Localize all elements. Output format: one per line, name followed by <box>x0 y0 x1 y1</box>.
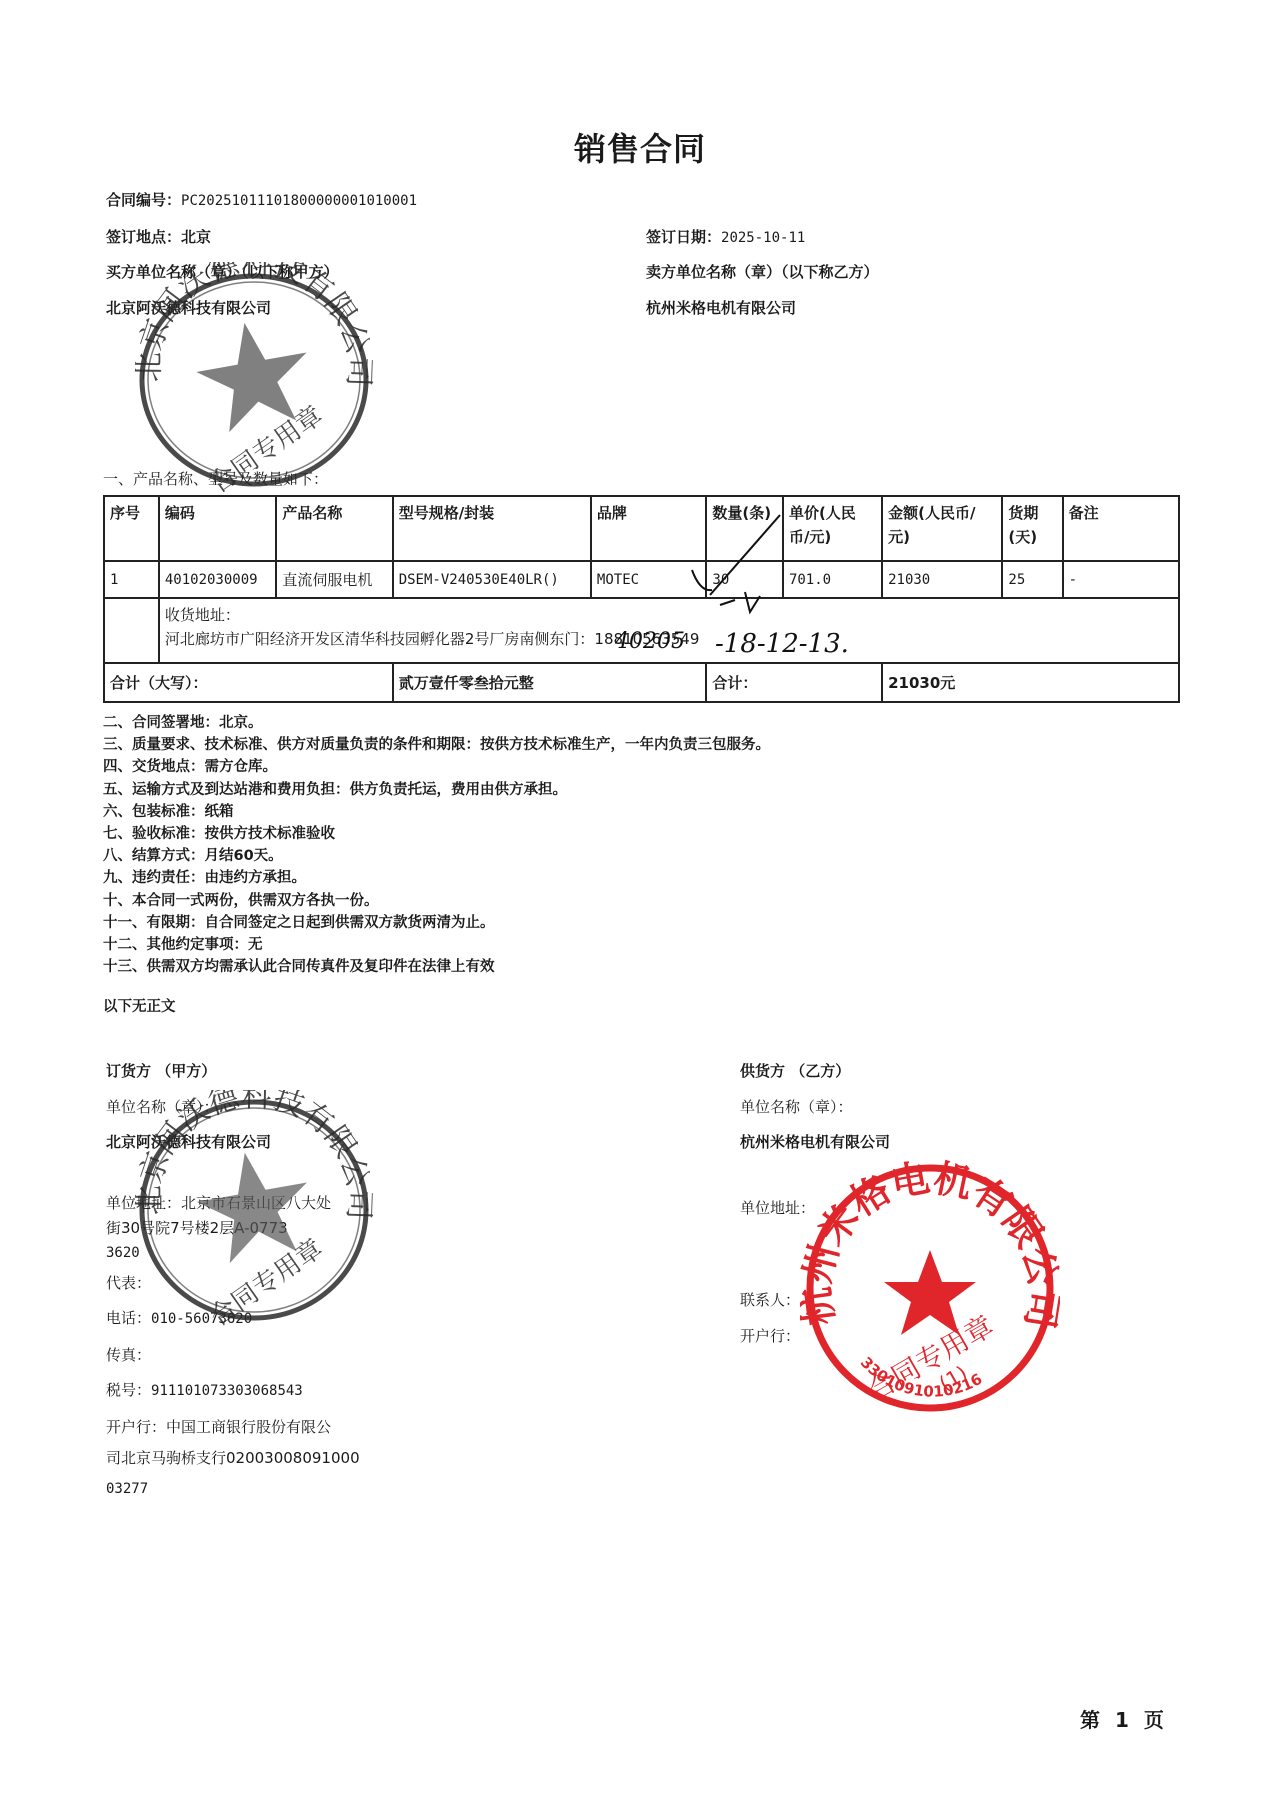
total-upper-label: 合计（大写）： <box>104 663 393 702</box>
seller-seal-code: 3301091010216 <box>857 1353 985 1400</box>
buyer-phone: 电话：010-56073620 <box>106 1301 360 1338</box>
seller-party-block: 供货方 （乙方） 单位名称（章）： 杭州米格电机有限公司 单位地址： 联系人： … <box>740 1054 890 1354</box>
term-item: 八、结算方式：月结60天。 <box>103 845 770 867</box>
buyer-bank-line3: 03277 <box>106 1477 360 1502</box>
header-product-name: 产品名称 <box>276 496 392 561</box>
sign-place-value: 北京 <box>181 228 211 246</box>
sign-date-label: 签订日期： <box>646 228 721 246</box>
buyer-address-label: 单位地址： <box>106 1194 181 1212</box>
term-item: 十二、其他约定事项：无 <box>103 934 770 956</box>
seller-bank-label: 开户行： <box>740 1319 890 1355</box>
header-unit-price: 单价(人民币/元) <box>783 496 882 561</box>
header-model: 型号规格/封装 <box>393 496 591 561</box>
buyer-name: 北京阿沃德科技有限公司 <box>106 297 271 318</box>
buyer-unit-name-label: 单位名称（章）： <box>106 1090 360 1126</box>
terms-list: 二、合同签署地：北京。 三、质量要求、技术标准、供方对质量负责的条件和期限：按供… <box>103 712 770 1019</box>
sign-place-label: 签订地点： <box>106 228 181 246</box>
header-remark: 备注 <box>1063 496 1179 561</box>
header-qty: 数量(条) <box>706 496 783 561</box>
header-seq: 序号 <box>104 496 159 561</box>
seller-address-label: 单位地址： <box>740 1191 890 1227</box>
term-item: 五、运输方式及到达站港和费用负担：供方负责托运，费用由供方承担。 <box>103 779 770 801</box>
cell-seq: 1 <box>104 561 159 598</box>
cell-qty: 30 <box>706 561 783 598</box>
cell-lead-time: 25 <box>1002 561 1062 598</box>
buyer-address-line1: 北京市石景山区八大处 <box>181 1194 331 1212</box>
buyer-label: 买方单位名称（章）（以下称甲方） <box>106 261 339 282</box>
header-code: 编码 <box>159 496 276 561</box>
cell-remark: - <box>1063 561 1179 598</box>
seller-unit-name-label: 单位名称（章）： <box>740 1090 890 1126</box>
buyer-party-block: 订货方 （甲方） 单位名称（章）： 北京阿沃德科技有限公司 单位地址：北京市石景… <box>106 1054 360 1502</box>
buyer-address: 单位地址：北京市石景山区八大处 街30号院7号楼2层A-0773 3620 <box>106 1191 360 1266</box>
page-number: 第 1 页 <box>1080 1704 1168 1733</box>
seller-seal-sub2: (1) <box>935 1361 972 1396</box>
address-row: 收货地址： 河北廊坊市广阳经济开发区清华科技园孵化器2号厂房南侧东门：18810… <box>104 598 1179 663</box>
contract-number-value: PC20251011101800000001010001 <box>181 193 417 209</box>
table-header-row: 序号 编码 产品名称 型号规格/封装 品牌 数量(条) 单价(人民币/元) 金额… <box>104 496 1179 561</box>
term-item: 二、合同签署地：北京。 <box>103 712 770 734</box>
document-title: 销售合同 <box>0 124 1280 170</box>
address-value: 河北廊坊市广阳经济开发区清华科技园孵化器2号厂房南侧东门：18810563549 <box>165 627 1173 651</box>
buyer-address-line2: 街30号院7号楼2层A-0773 <box>106 1216 360 1241</box>
total-upper-value: 贰万壹仟零叁拾元整 <box>393 663 707 702</box>
cell-code: 40102030009 <box>159 561 276 598</box>
seller-label: 卖方单位名称（章）（以下称乙方） <box>646 261 879 282</box>
buyer-bank-line2: 司北京马驹桥支行02003008091000 <box>106 1446 360 1471</box>
cell-amount: 21030 <box>882 561 1002 598</box>
term-item: 十、本合同一式两份，供需双方各执一份。 <box>103 890 770 912</box>
term-item: 三、质量要求、技术标准、供方对质量负责的条件和期限：按供方技术标准生产，一年内负… <box>103 734 770 756</box>
contract-number: 合同编号：PC20251011101800000001010001 <box>106 189 417 210</box>
sign-date-value: 2025-10-11 <box>721 230 805 246</box>
buyer-unit-name: 北京阿沃德科技有限公司 <box>106 1125 360 1161</box>
address-cell: 收货地址： 河北廊坊市广阳经济开发区清华科技园孵化器2号厂房南侧东门：18810… <box>159 598 1179 663</box>
buyer-bank-line1: 中国工商银行股份有限公 <box>166 1418 331 1436</box>
term-item: 四、交货地点：需方仓库。 <box>103 756 770 778</box>
cell-model: DSEM-V240530E40LR() <box>393 561 591 598</box>
total-value: 21030元 <box>882 663 1179 702</box>
sign-date: 签订日期：2025-10-11 <box>646 226 805 247</box>
header-lead-time: 货期(天) <box>1002 496 1062 561</box>
cell-brand: MOTEC <box>591 561 707 598</box>
buyer-bank-label: 开户行： <box>106 1418 166 1436</box>
buyer-tax: 税号：911101073303068543 <box>106 1373 360 1410</box>
items-table: 序号 编码 产品名称 型号规格/封装 品牌 数量(条) 单价(人民币/元) 金额… <box>103 495 1180 703</box>
header-amount: 金额(人民币/元) <box>882 496 1002 561</box>
cell-unit-price: 701.0 <box>783 561 882 598</box>
header-brand: 品牌 <box>591 496 707 561</box>
svg-text:3301091010216: 3301091010216 <box>857 1353 985 1400</box>
total-label: 合计： <box>706 663 882 702</box>
total-row: 合计（大写）： 贰万壹仟零叁拾元整 合计： 21030元 <box>104 663 1179 702</box>
term-item: 七、验收标准：按供方技术标准验收 <box>103 823 770 845</box>
buyer-address-line3: 3620 <box>106 1241 360 1266</box>
end-note: 以下无正文 <box>103 996 770 1018</box>
term-item: 十三、供需双方均需承认此合同传真件及复印件在法律上有效 <box>103 956 770 978</box>
cell-product-name: 直流伺服电机 <box>276 561 392 598</box>
buyer-heading: 订货方 （甲方） <box>106 1054 360 1090</box>
address-label: 收货地址： <box>165 603 1173 627</box>
buyer-fax-label: 传真： <box>106 1338 360 1374</box>
table-row: 1 40102030009 直流伺服电机 DSEM-V240530E40LR()… <box>104 561 1179 598</box>
section-1-title: 一、产品名称、型号及数量如下： <box>103 468 328 489</box>
term-item: 九、违约责任：由违约方承担。 <box>103 867 770 889</box>
buyer-bank: 开户行：中国工商银行股份有限公 司北京马驹桥支行02003008091000 0… <box>106 1415 360 1502</box>
seller-unit-name: 杭州米格电机有限公司 <box>740 1125 890 1161</box>
seller-heading: 供货方 （乙方） <box>740 1054 890 1090</box>
seller-name: 杭州米格电机有限公司 <box>646 297 796 318</box>
address-blank-cell <box>104 598 159 663</box>
contract-number-label: 合同编号： <box>106 191 181 209</box>
term-item: 十一、有限期：自合同签定之日起到供需双方款货两清为止。 <box>103 912 770 934</box>
term-item: 六、包装标准：纸箱 <box>103 801 770 823</box>
seller-contact-label: 联系人： <box>740 1283 890 1319</box>
sign-place: 签订地点：北京 <box>106 226 211 247</box>
buyer-representative-label: 代表： <box>106 1266 360 1302</box>
